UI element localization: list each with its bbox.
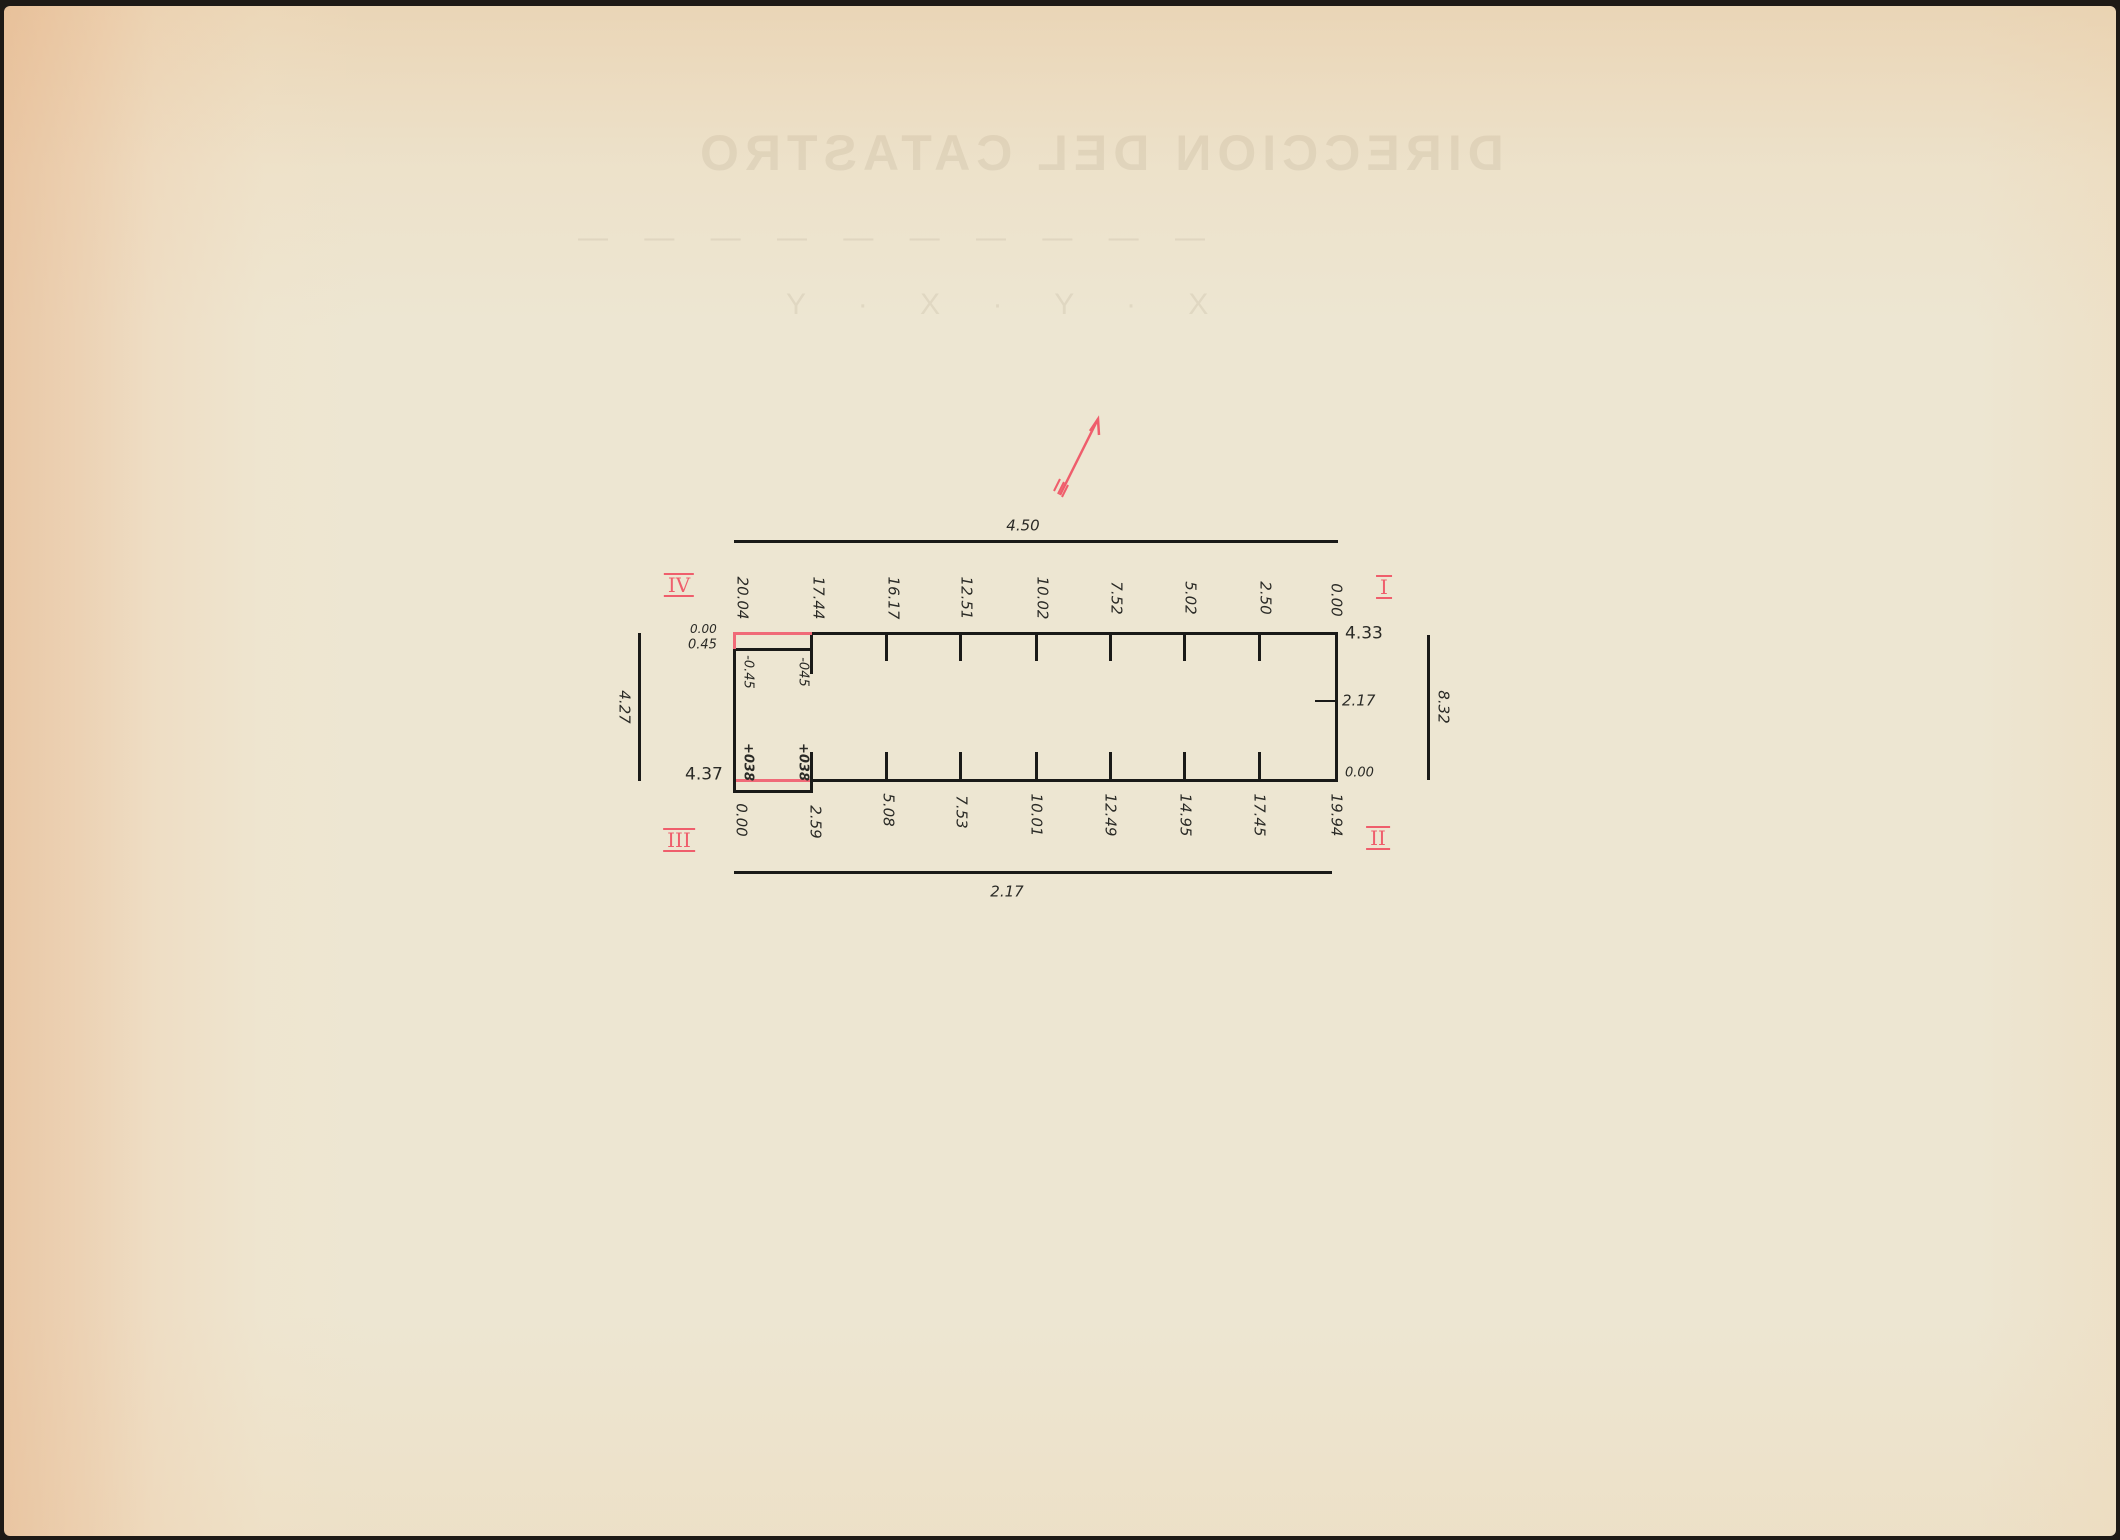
corner-marker-iii: III bbox=[663, 828, 695, 852]
plan-right-edge bbox=[1335, 632, 1338, 782]
top-station-label: 16.17 bbox=[886, 577, 901, 620]
red-top-line bbox=[734, 632, 812, 635]
right-offset-mid: 2.17 bbox=[1342, 694, 1375, 709]
inner-label: -045 bbox=[797, 657, 810, 687]
bottom-station-label: 2.59 bbox=[808, 805, 823, 838]
top-dimension-line bbox=[734, 540, 1338, 543]
inner-label: +038 bbox=[797, 743, 810, 781]
top-station-label: 5.02 bbox=[1183, 581, 1198, 614]
bottom-station-label: 14.95 bbox=[1178, 794, 1193, 837]
station-tick bbox=[885, 634, 888, 661]
plan-left-edge bbox=[733, 633, 736, 793]
station-tick bbox=[885, 752, 888, 780]
station-tick bbox=[959, 634, 962, 661]
station-tick bbox=[1035, 752, 1038, 780]
right-offset-bottom: 0.00 bbox=[1345, 767, 1374, 780]
left-offset-top: 0.00 bbox=[690, 623, 717, 635]
inner-label: +038 bbox=[742, 743, 755, 781]
corner-marker-ii: II bbox=[1366, 826, 1390, 850]
red-left-stub bbox=[733, 632, 736, 649]
station-tick bbox=[1258, 634, 1261, 661]
corner-marker-i: I bbox=[1376, 575, 1392, 599]
bottom-station-label: 10.01 bbox=[1029, 794, 1044, 837]
right-dimension-line bbox=[1427, 635, 1430, 780]
bottom-station-label: 12.49 bbox=[1103, 794, 1118, 837]
station-tick bbox=[1035, 634, 1038, 661]
left-offset-bottom: 4.37 bbox=[685, 767, 723, 784]
bottom-station-label: 17.45 bbox=[1252, 794, 1267, 837]
station-tick bbox=[959, 752, 962, 780]
top-station-label: 2.50 bbox=[1258, 581, 1273, 614]
bottom-station-label: 0.00 bbox=[734, 803, 749, 836]
top-station-label: 10.02 bbox=[1035, 577, 1050, 620]
top-station-label: 20.04 bbox=[735, 577, 750, 620]
right-mid-tick bbox=[1315, 700, 1335, 702]
north-arrow-icon bbox=[1040, 405, 1120, 515]
top-station-label: 17.44 bbox=[811, 577, 826, 620]
station-tick bbox=[1258, 752, 1261, 780]
ghost-line: — — — — — — — — — — bbox=[564, 221, 1205, 255]
bottom-dimension-label: 2.17 bbox=[990, 885, 1023, 900]
paper-sheet: DIRECCION DEL CATASTRO — — — — — — — — —… bbox=[4, 6, 2116, 1536]
ghost-line: X · Y · X · Y bbox=[764, 288, 1208, 322]
station-tick bbox=[1183, 634, 1186, 661]
bottom-station-label: 7.53 bbox=[954, 795, 969, 828]
ghost-header-text: DIRECCION DEL CATASTRO bbox=[694, 124, 1504, 182]
station-tick bbox=[1109, 634, 1112, 661]
inner-label: -0.45 bbox=[742, 655, 755, 689]
top-station-label: 7.52 bbox=[1109, 581, 1124, 614]
corner-marker-iv: IV bbox=[664, 573, 694, 597]
bottom-station-label: 19.94 bbox=[1329, 794, 1344, 837]
bottom-station-label: 5.08 bbox=[881, 793, 896, 826]
small-box-bottom bbox=[734, 790, 813, 793]
station-tick bbox=[1183, 752, 1186, 780]
station-tick bbox=[1109, 752, 1112, 780]
right-dimension-label: 8.32 bbox=[1436, 690, 1451, 723]
left-dimension-label: 4.27 bbox=[617, 690, 632, 723]
setback-line bbox=[734, 648, 812, 651]
left-offset-second: 0.45 bbox=[688, 639, 717, 652]
top-dimension-label: 4.50 bbox=[1006, 519, 1039, 534]
right-offset-top: 4.33 bbox=[1345, 626, 1383, 643]
left-dimension-line bbox=[638, 633, 641, 781]
top-station-label: 0.00 bbox=[1329, 583, 1344, 616]
top-station-label: 12.51 bbox=[959, 577, 974, 620]
bottom-dimension-line bbox=[734, 871, 1332, 874]
